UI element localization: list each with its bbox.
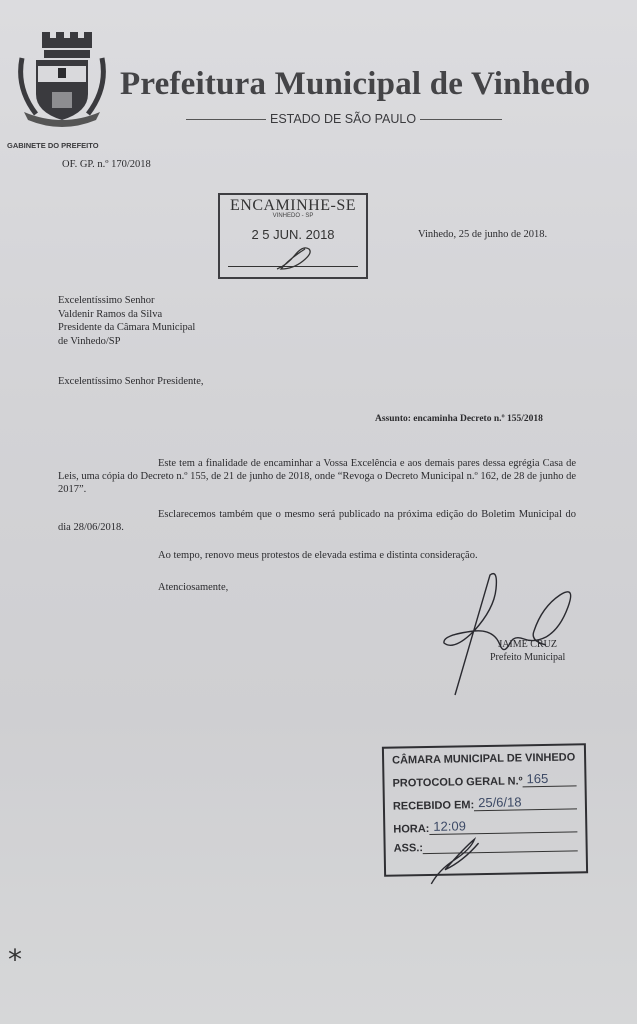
date-line: Vinhedo, 25 de junho de 2018. xyxy=(418,229,547,240)
received-date-row: RECEBIDO EM: 25/6/18 xyxy=(393,793,577,812)
received-date-label: RECEBIDO EM: xyxy=(393,799,474,812)
body-paragraph: Ao tempo, renovo meus protestos de eleva… xyxy=(158,550,478,561)
signature-label: ASS.: xyxy=(394,842,424,855)
addressee-line: Valdenir Ramos da Silva xyxy=(58,308,195,322)
protocol-number-row: PROTOCOLO GERAL N.º 165 xyxy=(392,770,576,789)
divider xyxy=(420,119,502,120)
letterhead-subtitle: ESTADO DE SÃO PAULO xyxy=(270,112,416,126)
body-paragraph: Esclarecemos também que o mesmo será pub… xyxy=(58,508,576,534)
greeting: Excelentíssimo Senhor Presidente, xyxy=(58,376,204,387)
municipal-coat-of-arms-icon xyxy=(14,28,110,138)
receiver-signature-icon xyxy=(425,835,496,886)
initials-signature-icon xyxy=(272,243,322,273)
document-reference: OF. GP. n.º 170/2018 xyxy=(62,159,151,170)
department-label: GABINETE DO PREFEITO xyxy=(7,141,99,150)
protocol-stamp-heading-row: CÂMARA MUNICIPAL DE VINHEDO xyxy=(392,751,576,766)
protocol-stamp-heading: CÂMARA MUNICIPAL DE VINHEDO xyxy=(392,751,575,766)
forward-stamp: ENCAMINHE-SE VINHEDO - SP 2 5 JUN. 2018 xyxy=(218,193,368,279)
protocol-stamp: CÂMARA MUNICIPAL DE VINHEDO PROTOCOLO GE… xyxy=(382,743,588,877)
forward-stamp-date: 2 5 JUN. 2018 xyxy=(220,227,366,242)
closing: Atenciosamente, xyxy=(158,582,228,593)
body-paragraph: Este tem a finalidade de encaminhar a Vo… xyxy=(58,457,576,496)
divider xyxy=(186,119,266,120)
letterhead-title: Prefeitura Municipal de Vinhedo xyxy=(120,66,590,103)
signer-block: JAIME CRUZ Prefeito Municipal xyxy=(490,638,565,664)
addressee-line: Excelentíssimo Senhor xyxy=(58,294,195,308)
time-value: 12:09 xyxy=(429,816,577,835)
footer-mark: * xyxy=(8,943,22,976)
addressee-block: Excelentíssimo Senhor Valdenir Ramos da … xyxy=(58,294,195,348)
addressee-line: de Vinhedo/SP xyxy=(58,335,195,349)
time-label: HORA: xyxy=(393,823,429,836)
signer-name: JAIME CRUZ xyxy=(490,638,565,651)
letterhead-subtitle-row: ESTADO DE SÃO PAULO xyxy=(186,112,502,126)
stamp-line xyxy=(228,266,358,267)
protocol-number-value: 165 xyxy=(522,770,576,787)
subject-line: Assunto: encaminha Decreto n.º 155/2018 xyxy=(375,414,543,424)
handwritten-signature-icon xyxy=(435,570,605,700)
received-date-value: 25/6/18 xyxy=(474,793,577,811)
addressee-line: Presidente da Câmara Municipal xyxy=(58,321,195,335)
protocol-number-label: PROTOCOLO GERAL N.º xyxy=(392,775,522,789)
signer-role: Prefeito Municipal xyxy=(490,651,565,664)
time-row: HORA: 12:09 xyxy=(393,816,577,835)
